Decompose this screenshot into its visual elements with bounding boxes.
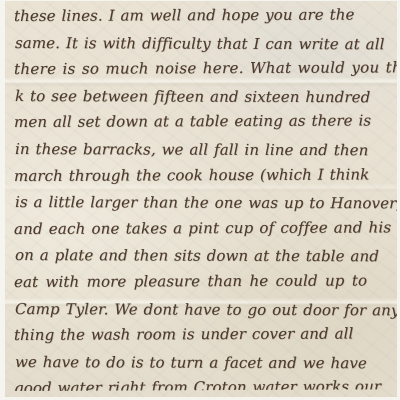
letter-line: Camp Tyler. We dont have to go out door … (15, 296, 394, 324)
letter-line: and each one takes a pint cup of coffee … (14, 214, 393, 242)
letter-line: same. It is with difficulty that I can w… (15, 30, 394, 58)
letter-line: k to see between fifteen and sixteen hun… (15, 83, 394, 111)
letter-line: in these barracks, we all fall in line a… (15, 136, 394, 164)
letter-line: on a plate and then sits down at the tab… (15, 242, 394, 270)
letter-line: these lines. I am well and hope you are … (14, 1, 393, 29)
letter-line: men all set down at a table eating as th… (14, 108, 393, 136)
letter-line: march through the cook house (which I th… (14, 161, 393, 189)
letter-line: good water right from Croton water works… (14, 374, 393, 397)
letter-line: thing the wash room is under cover and a… (14, 320, 393, 348)
letter-line: is a little larger than the one was up t… (15, 189, 394, 217)
scanned-letter: these lines. I am well and hope you are … (0, 0, 400, 400)
letter-text: these lines. I am well and hope you are … (5, 1, 397, 397)
letter-line: we have to do is to turn a facet and we … (15, 349, 394, 377)
letter-page: these lines. I am well and hope you are … (5, 1, 397, 397)
letter-line: there is so much noise here. What would … (14, 55, 393, 83)
letter-line: eat with more pleasure than he could up … (14, 267, 393, 295)
